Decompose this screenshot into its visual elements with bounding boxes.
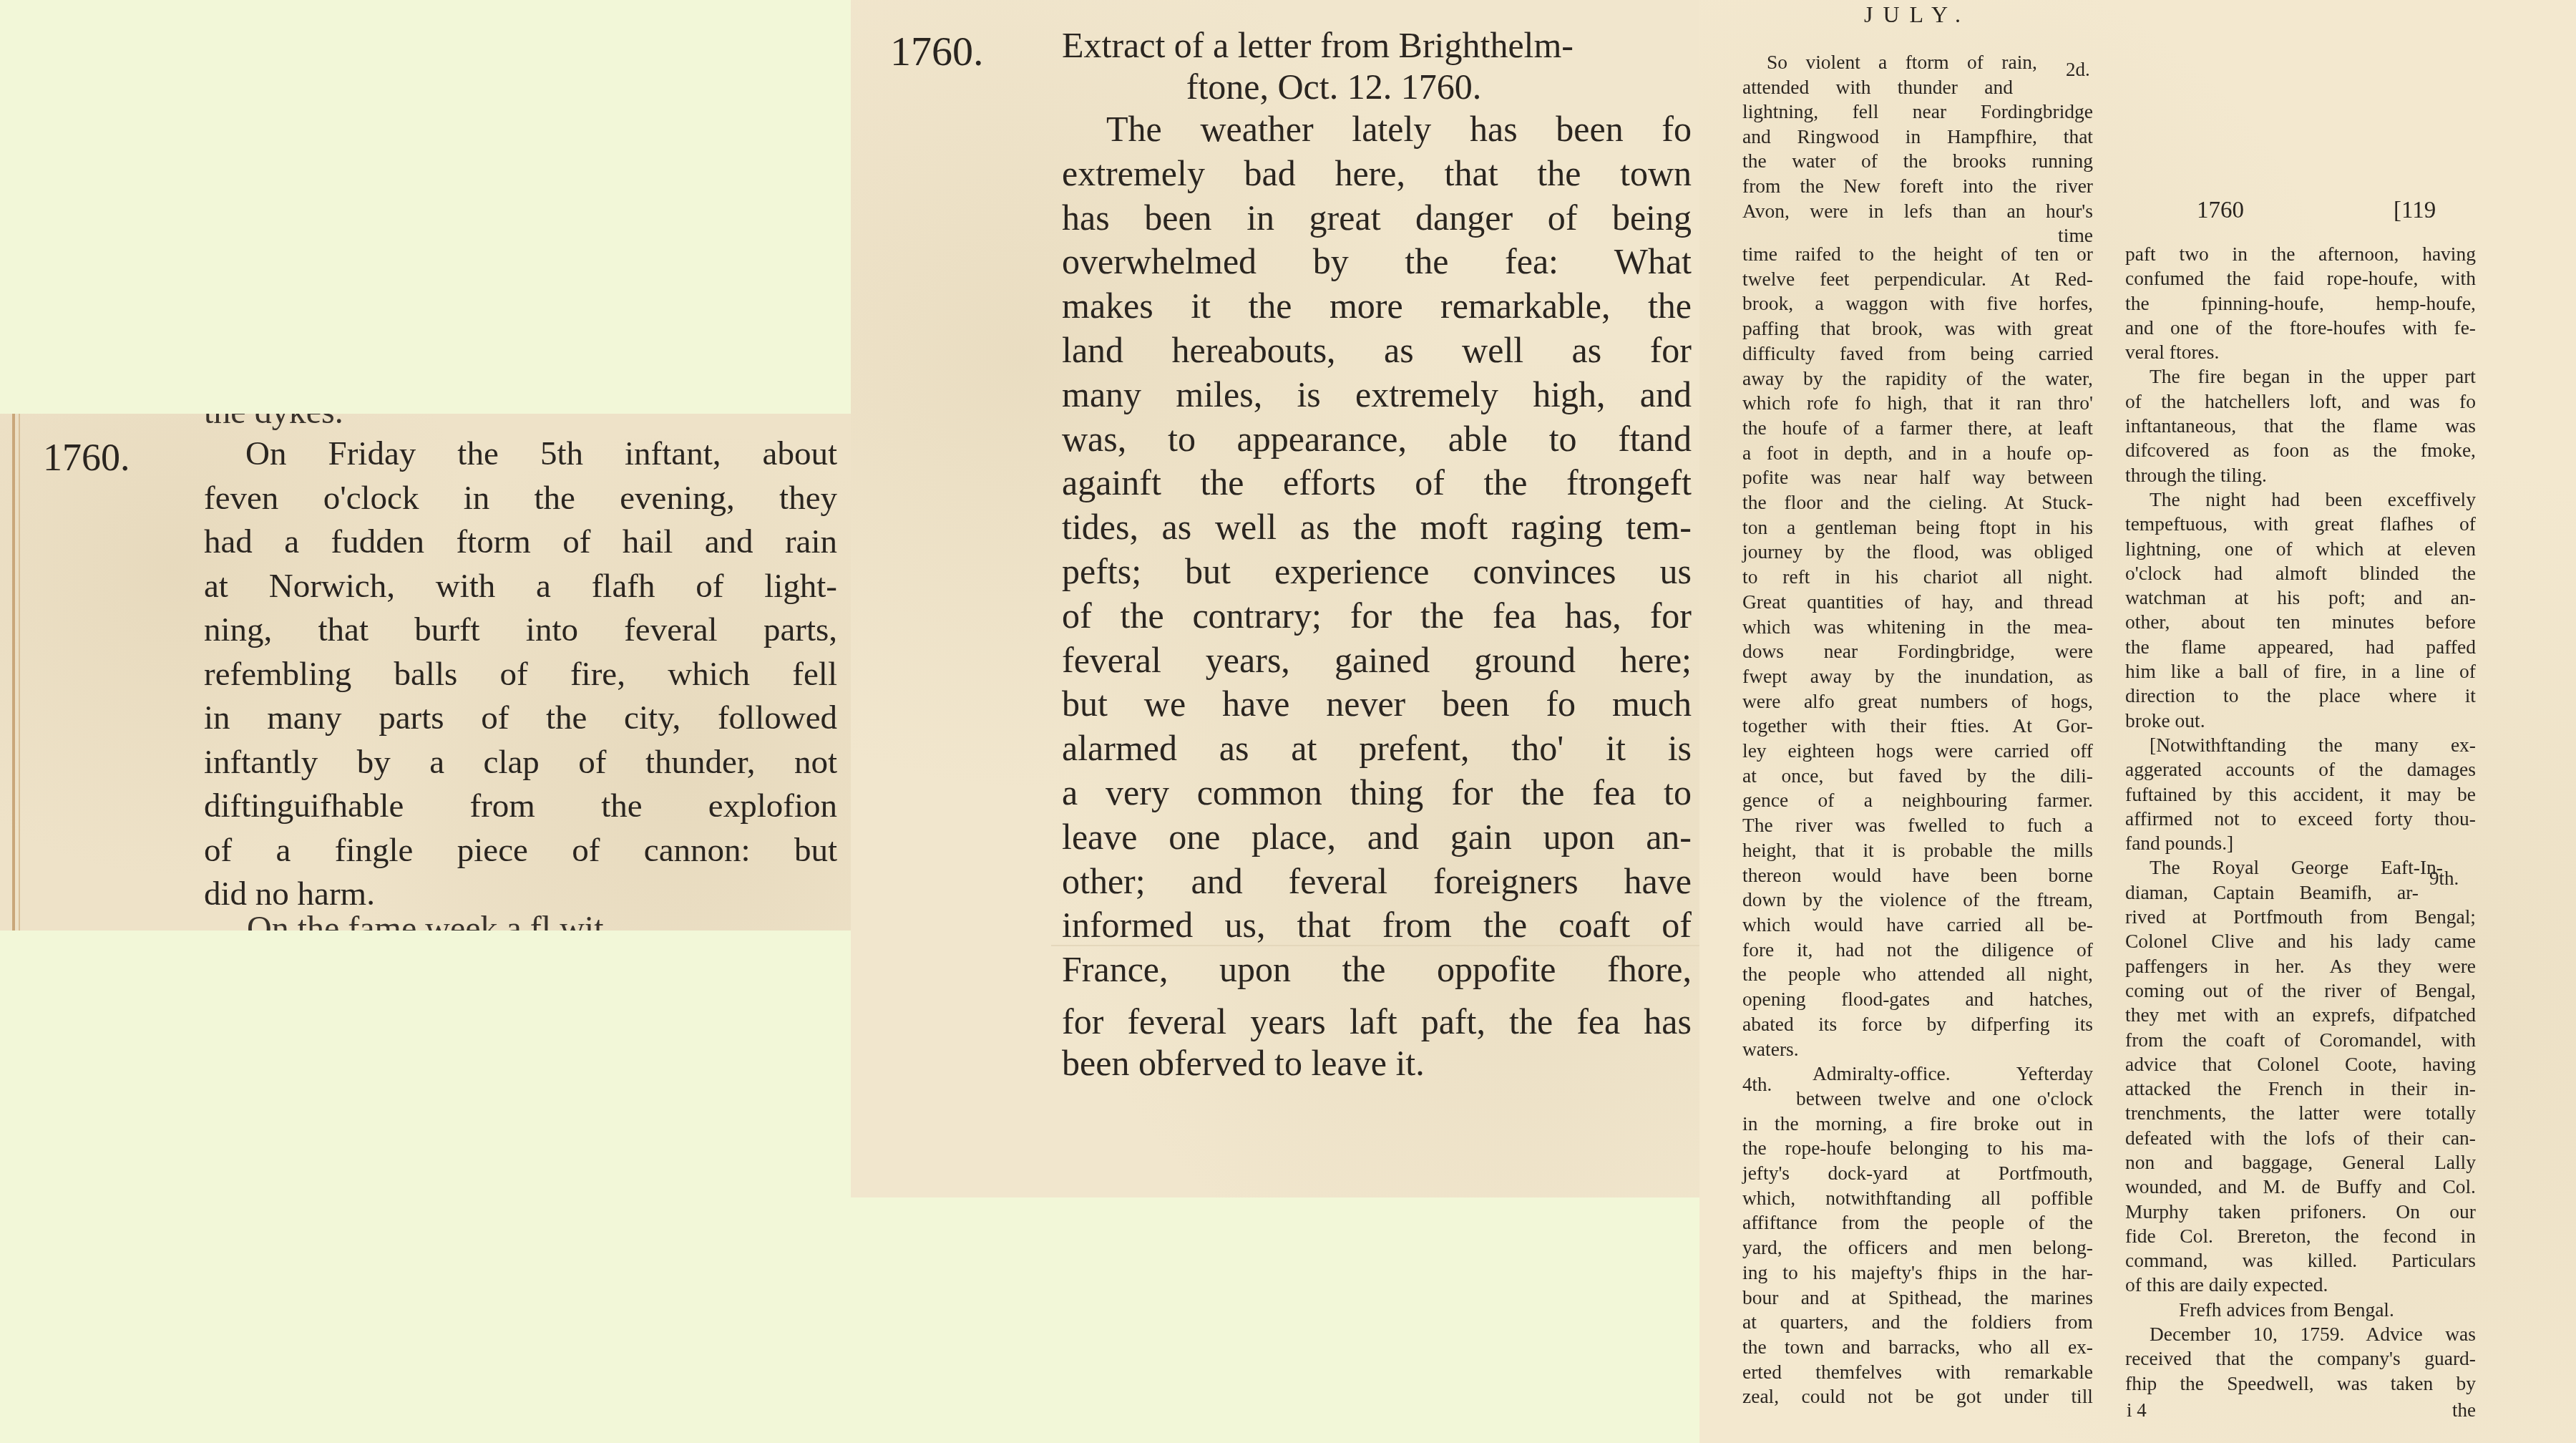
- text-line: was, to appearance, able to ftand: [1062, 417, 1692, 462]
- text-line: erted themfelves with remarkable: [1742, 1360, 2093, 1385]
- text-line: to reft in his chariot all night.: [1742, 565, 2093, 590]
- text-line: him like a ball of fire, in a line of: [2125, 659, 2476, 684]
- text-line: which was whitening in the mea-: [1742, 615, 2093, 640]
- text-line: from the New foreft into the river: [1742, 174, 2093, 199]
- brighthelmstone-letter-clipping: 1760. Extract of a letter from Brighthel…: [851, 0, 1699, 1197]
- text-line: received that the company's guard-: [2125, 1346, 2476, 1371]
- text-line: they met with an exprefs, difpatched: [2125, 1003, 2476, 1027]
- text-line: makes it the more remarkable, the: [1062, 284, 1692, 329]
- text-line: the people who attended all night,: [1742, 962, 2093, 987]
- text-line: waters.: [1742, 1037, 2093, 1062]
- signature-mark: i 4: [2127, 1399, 2147, 1422]
- column-a-opening: So violent a ftorm of rain, attended wit…: [1742, 50, 2093, 248]
- text-line: attended with thunder and: [1742, 75, 2013, 100]
- margin-year: 1760.: [890, 27, 984, 75]
- text-line: ley eighteen hogs were carried off: [1742, 739, 2093, 764]
- text-line: feven o'clock in the evening, they: [204, 477, 837, 521]
- text-line: height, that it is probable the mills: [1742, 838, 2093, 863]
- margin-date-note: 9th.: [2429, 868, 2459, 890]
- text-line: lightning, fell near Fordingbridge: [1742, 99, 2093, 125]
- text-line: which rofe fo high, that it ran thro': [1742, 391, 2093, 416]
- title-line: ftone, Oct. 12. 1760.: [1062, 66, 1692, 107]
- text-line: lightning, one of which at eleven: [2125, 537, 2476, 561]
- text-line: other, about ten minutes before: [2125, 610, 2476, 634]
- norwich-paragraph: On Friday the 5th inftant, about feven o…: [204, 432, 837, 917]
- text-line: On Friday the 5th inftant, about: [204, 432, 837, 477]
- text-line: the flame appeared, had paffed: [2125, 635, 2476, 659]
- text-line: ing to his majefty's fhips in the har-: [1742, 1260, 2093, 1286]
- text-line: dows near Fordingbridge, were: [1742, 639, 2093, 664]
- running-head: JULY.: [1864, 1, 1971, 28]
- column-b-body: paft two in the afternoon, having confum…: [2125, 242, 2476, 1396]
- text-line: extremely bad here, that the town: [1062, 152, 1692, 196]
- text-line: alarmed as at prefent, tho' it is: [1062, 727, 1692, 771]
- text-line: diaman, Captain Beamifh, ar-: [2125, 880, 2419, 905]
- margin-year: 1760.: [43, 435, 130, 480]
- text-line: pofite was near half way between: [1742, 465, 2093, 490]
- text-line: of this are daily expected.: [2125, 1273, 2476, 1297]
- text-line: Great quantities of hay, and thread: [1742, 590, 2093, 615]
- text-line: of the contrary; for the fea has, for: [1062, 594, 1692, 638]
- text-line: away by the rapidity of the water,: [1742, 366, 2093, 392]
- letter-tail: for feveral years laft paft, the fea has…: [1062, 1001, 1692, 1084]
- text-line: for feveral years laft paft, the fea has: [1062, 1001, 1692, 1042]
- text-line: veral ftores.: [2125, 340, 2476, 364]
- text-line: a foot in depth, and in a houfe op-: [1742, 441, 2093, 466]
- clipping-seam: [1051, 945, 1699, 946]
- text-line: refembling balls of fire, which fell: [204, 653, 837, 697]
- text-line: the rope-houfe belonging to his ma-: [1742, 1136, 2093, 1161]
- text-line: jefty's dock-yard at Portfmouth,: [1742, 1161, 2093, 1186]
- text-line: and Ringwood in Hampfhire, that: [1742, 125, 2093, 150]
- letter-title: Extract of a letter from Brighthelm- fto…: [1062, 24, 1692, 107]
- text-line: broke out.: [2125, 709, 2476, 733]
- text-line: abated its force by difperfing its: [1742, 1012, 2093, 1037]
- text-line: diftinguifhable from the explofion: [204, 784, 837, 829]
- text-line: which would have carried all be-: [1742, 913, 2093, 938]
- text-line: So violent a ftorm of rain,: [1742, 50, 2037, 75]
- text-line: had a fudden ftorm of hail and rain: [204, 520, 837, 565]
- text-line: Murphy taken prifoners. On our: [2125, 1200, 2476, 1224]
- norwich-excerpt-clipping: the dykes. 1760. On Friday the 5th infta…: [0, 414, 851, 931]
- text-line: of a fingle piece of cannon: but: [204, 829, 837, 873]
- text-line: The night had been exceffively: [2125, 487, 2476, 512]
- text-line: fide Col. Brereton, the fecond in: [2125, 1224, 2476, 1248]
- text-line: has been in great danger of being: [1062, 196, 1692, 240]
- text-line: from the coaft of Coromandel, with: [2125, 1028, 2476, 1052]
- text-line: of the hatchellers loft, and was fo: [2125, 389, 2476, 414]
- page-number: [119: [2394, 198, 2436, 224]
- text-line: paffing that brook, was with great: [1742, 316, 2093, 341]
- text-line: ning, that burft into feveral parts,: [204, 608, 837, 653]
- text-line: together with their fties. At Gor-: [1742, 714, 2093, 739]
- text-line: been obferved to leave it.: [1062, 1042, 1692, 1084]
- text-line: at once, but faved by the dili-: [1742, 764, 2093, 789]
- text-line: o'clock had almoft blinded the: [2125, 561, 2476, 586]
- text-line: difficulty faved from being carried: [1742, 341, 2093, 366]
- text-line: the town and barracks, who all ex-: [1742, 1335, 2093, 1360]
- text-line: paft two in the afternoon, having: [2125, 242, 2476, 266]
- text-line: ton a gentleman being ftopt in his: [1742, 515, 2093, 540]
- text-line: opening flood-gates and hatches,: [1742, 987, 2093, 1012]
- text-line: tides, as well as the moft raging tem-: [1062, 505, 1692, 550]
- text-line: zeal, could not be got under till: [1742, 1384, 2093, 1409]
- text-line: France, upon the oppofite fhore,: [1062, 948, 1692, 992]
- text-line: watchman at his poft; and an-: [2125, 586, 2476, 610]
- text-line: overwhelmed by the fea: What: [1062, 240, 1692, 284]
- text-line: the houfe of a farmer there, at leaft: [1742, 416, 2093, 441]
- text-line: yard, the officers and men belong-: [1742, 1235, 2093, 1260]
- text-line: non and baggage, General Lally: [2125, 1150, 2476, 1175]
- text-line: fand pounds.]: [2125, 831, 2476, 855]
- text-line: but we have never been fo much: [1062, 682, 1692, 727]
- text-line: many miles, is extremely high, and: [1062, 373, 1692, 417]
- text-line: land hereabouts, as well as for: [1062, 329, 1692, 373]
- text-line: and one of the ftore-houfes with fe-: [2125, 316, 2476, 340]
- letter-paragraph: The weather lately has been fo extremely…: [1062, 107, 1692, 992]
- text-line: the fpinning-houfe, hemp-houfe,: [2125, 291, 2476, 316]
- section-heading: Frefh advices from Bengal.: [2125, 1298, 2476, 1322]
- text-line: coming out of the river of Bengal,: [2125, 978, 2476, 1003]
- page-binding-rule: [12, 414, 15, 931]
- text-line: inftantaneous, that the flame was: [2125, 414, 2476, 438]
- text-line: againft the efforts of the ftrongeft: [1062, 461, 1692, 505]
- catchword: the: [2452, 1399, 2476, 1422]
- text-line: [Notwithftanding the many ex-: [2125, 733, 2476, 757]
- text-line: fhip the Speedwell, was taken by: [2125, 1371, 2476, 1396]
- text-line: command, was killed. Particulars: [2125, 1248, 2476, 1273]
- text-line: inftantly by a clap of thunder, not: [204, 741, 837, 785]
- text-line: informed us, that from the coaft of: [1062, 903, 1692, 948]
- text-line: fwept away by the inundation, as: [1742, 664, 2093, 689]
- text-line: confumed the faid rope-houfe, with: [2125, 266, 2476, 291]
- text-line: gence of a neighbouring farmer.: [1742, 788, 2093, 813]
- text-line: other; and feveral foreigners have: [1062, 860, 1692, 904]
- text-line: between twelve and one o'clock: [1742, 1087, 2093, 1112]
- text-line: advice that Colonel Coote, having: [2125, 1052, 2476, 1077]
- text-line: down by the violence of the ftream,: [1742, 888, 2093, 913]
- text-line: rived at Portfmouth from Bengal;: [2125, 905, 2476, 929]
- text-line: time raifed to the height of ten or: [1742, 242, 2093, 267]
- july-chronicle-page: JULY. So violent a ftorm of rain, attend…: [1699, 0, 2576, 1443]
- text-line: trenchments, the latter were totally: [2125, 1101, 2476, 1125]
- text-line: affirmed not to exceed forty thou-: [2125, 807, 2476, 831]
- text-line: December 10, 1759. Advice was: [2125, 1322, 2476, 1346]
- text-line: wounded, and M. de Buffy and Col.: [2125, 1175, 2476, 1199]
- text-line: difcovered as foon as the fmoke,: [2125, 438, 2476, 462]
- text-line: through the tiling.: [2125, 463, 2476, 487]
- text-line: fore it, had not the diligence of: [1742, 938, 2093, 963]
- text-line: Admiralty-office. Yefterday: [1742, 1061, 2093, 1087]
- text-line: feveral years, gained ground here;: [1062, 638, 1692, 683]
- title-line: Extract of a letter from Brighthelm-: [1062, 24, 1692, 66]
- text-line: aggerated accounts of the damages: [2125, 757, 2476, 782]
- text-line: Colonel Clive and his lady came: [2125, 929, 2476, 953]
- text-line: attacked the French in their in-: [2125, 1077, 2476, 1101]
- text-line: the floor and the cieling. At Stuck-: [1742, 490, 2093, 515]
- text-line: The weather lately has been fo: [1062, 107, 1692, 152]
- column-a-body: time raifed to the height of ten or twel…: [1742, 242, 2093, 1409]
- text-line: affiftance from the people of the: [1742, 1210, 2093, 1235]
- text-line: fuftained by this accident, it may be: [2125, 782, 2476, 807]
- text-line: paffengers in her. As they were: [2125, 954, 2476, 978]
- text-line: The fire began in the upper part: [2125, 364, 2476, 389]
- text-line: in the morning, a fire broke out in: [1742, 1112, 2093, 1137]
- text-line: twelve feet perpendicular. At Red-: [1742, 267, 2093, 292]
- cutoff-bottom-text: On the fame week a fl wit: [247, 909, 603, 931]
- text-line: at Norwich, with a flafh of light-: [204, 565, 837, 609]
- text-line: Avon, were in lefs than an hour's: [1742, 199, 2093, 224]
- text-line: tempeftuous, with great flafhes of: [2125, 512, 2476, 536]
- text-line: in many parts of the city, followed: [204, 696, 837, 741]
- text-line: were alfo great numbers of hogs,: [1742, 689, 2093, 714]
- text-line: direction to the place where it: [2125, 684, 2476, 708]
- margin-date-note: 4th.: [1742, 1074, 1772, 1096]
- text-line: at quarters, and the foldiers from: [1742, 1310, 2093, 1335]
- text-line: bour and at Spithead, the marines: [1742, 1286, 2093, 1311]
- page-binding-rule-secondary: [19, 414, 20, 931]
- text-line: which, notwithftanding all poffible: [1742, 1186, 2093, 1211]
- text-line: The Royal George Eaft-In-: [2125, 855, 2443, 880]
- text-line: The river was fwelled to fuch a: [1742, 813, 2093, 838]
- text-line: brook, a waggon with five horfes,: [1742, 291, 2093, 316]
- margin-date-note: 2d.: [2066, 59, 2090, 81]
- text-line: the water of the brooks running: [1742, 149, 2093, 174]
- text-line: journey by the flood, was obliged: [1742, 540, 2093, 565]
- text-line: defeated with the lofs of their can-: [2125, 1126, 2476, 1150]
- text-line: thereon would have been borne: [1742, 863, 2093, 888]
- text-line: leave one place, and gain upon an-: [1062, 815, 1692, 860]
- text-line: pefts; but experience convinces us: [1062, 550, 1692, 594]
- header-year: 1760: [2197, 198, 2244, 224]
- text-line: a very common thing for the fea to: [1062, 771, 1692, 815]
- cutoff-top-text: the dykes.: [204, 414, 343, 432]
